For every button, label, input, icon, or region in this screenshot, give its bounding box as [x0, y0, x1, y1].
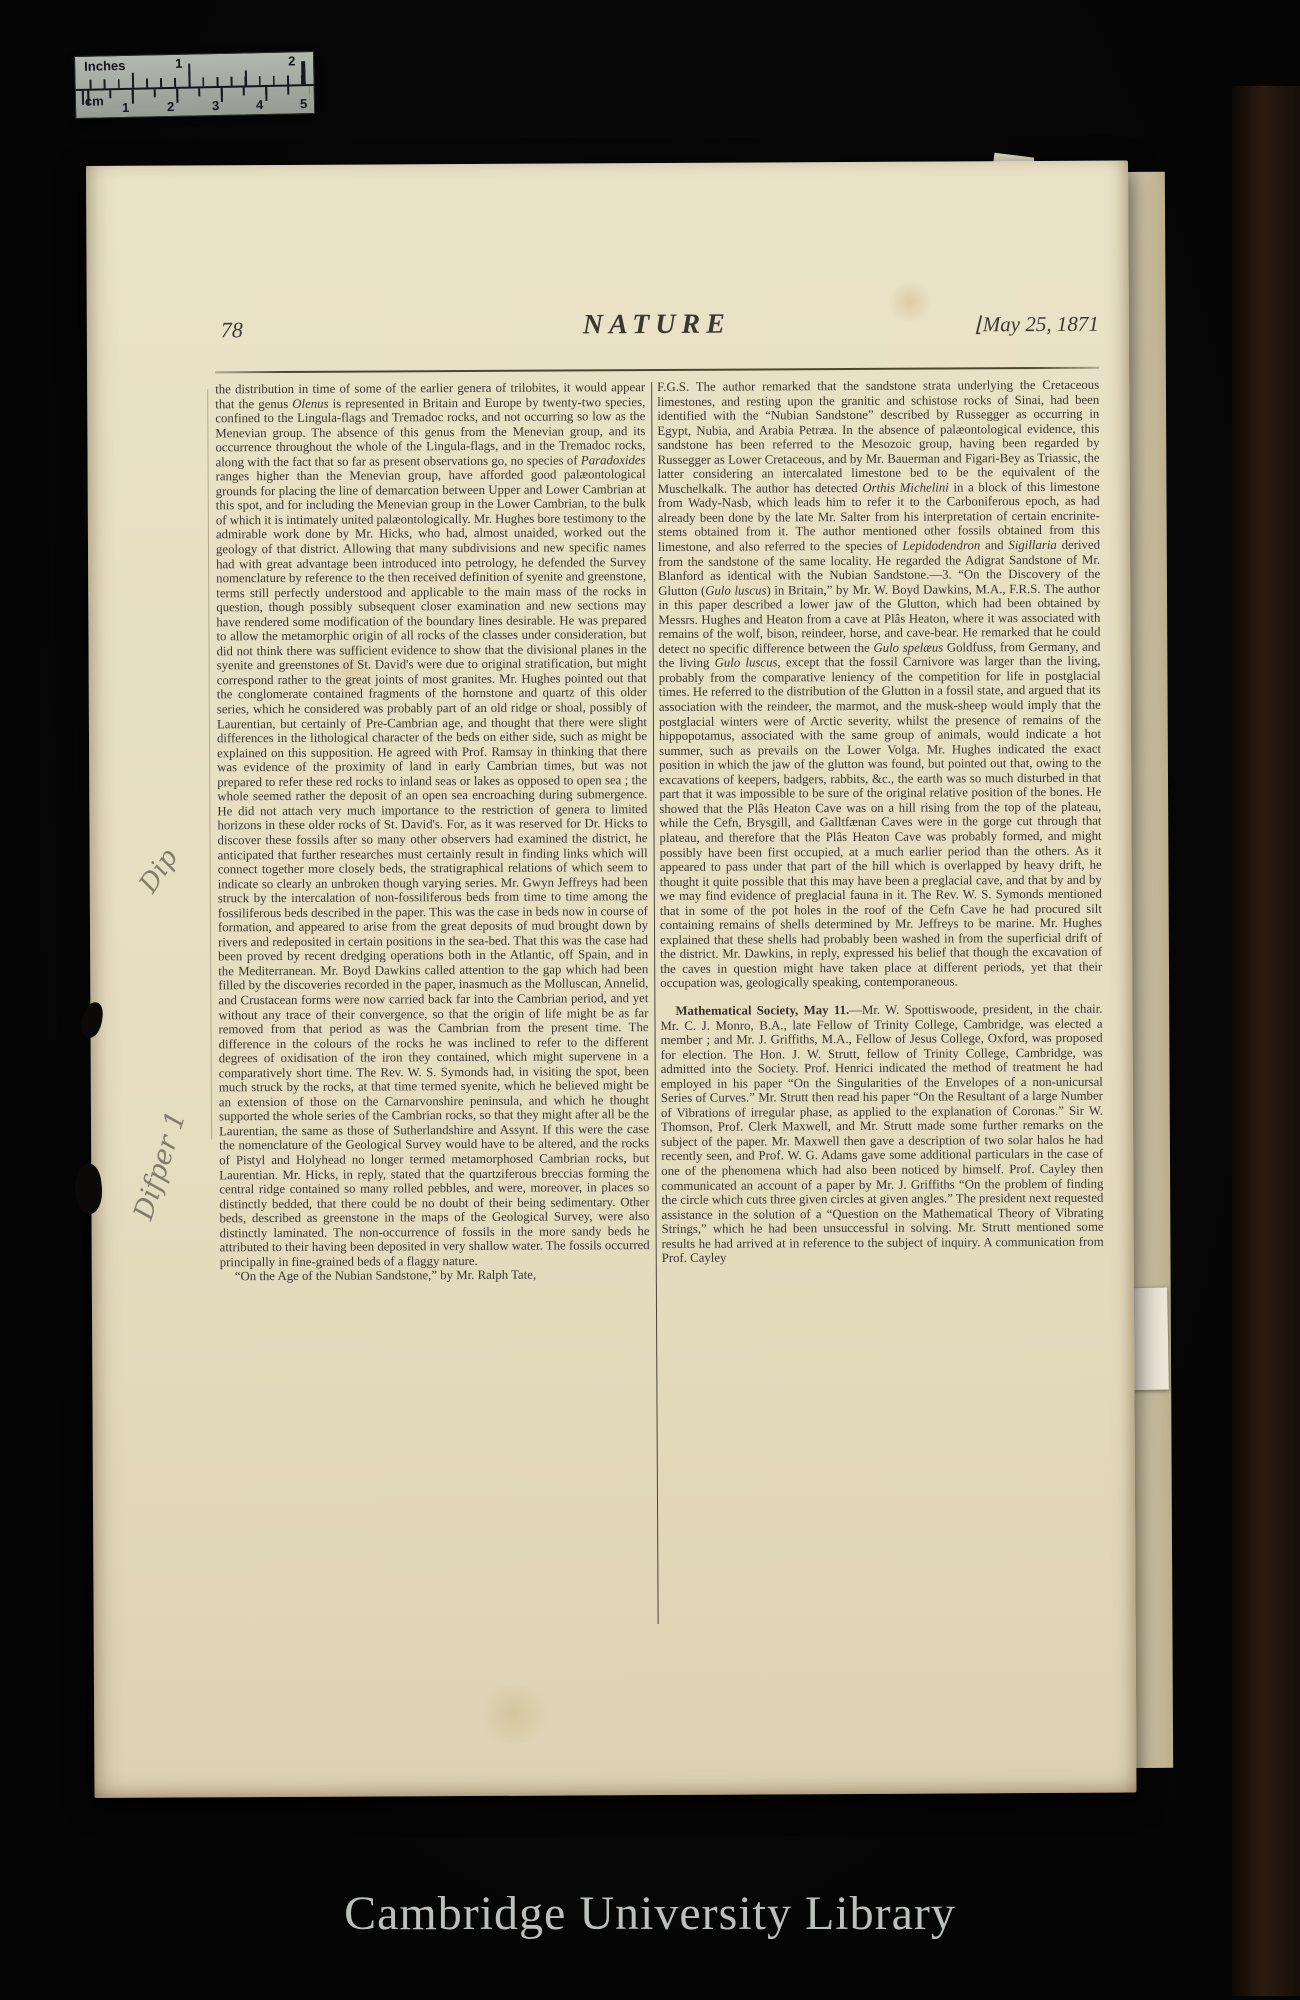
right-column: F.G.S. The author remarked that the sand… [657, 378, 1106, 1624]
library-watermark: Cambridge University Library [0, 1886, 1300, 1941]
paragraph: “On the Age of the Nubian Sandstone,” by… [220, 1267, 650, 1284]
ruler-cm-scale: cm 1 2 3 4 5 [76, 86, 315, 118]
header-rule [215, 367, 1099, 374]
paragraph: F.G.S. The author remarked that the sand… [657, 378, 1102, 991]
ruler-inch-major-ticks [81, 61, 309, 89]
page-header: 78 NATURE ⌊May 25, 1871 [215, 307, 1099, 346]
journal-page: 78 NATURE ⌊May 25, 1871 the distribution… [86, 161, 1137, 1798]
journal-title: NATURE [583, 309, 731, 342]
left-column: the distribution in time of some of the … [215, 380, 652, 1626]
measurement-ruler: Inches 1 2 cm 1 2 3 4 5 [75, 52, 314, 118]
text-columns: the distribution in time of some of the … [215, 378, 1106, 1627]
paragraph: the distribution in time of some of the … [215, 380, 650, 1270]
ruler-inches-scale: Inches 1 2 [75, 52, 314, 91]
photograph-stage: Inches 1 2 cm 1 2 3 4 5 78 NATURE [0, 0, 1300, 2000]
book-cover-edge [1232, 86, 1300, 1996]
paper-crease-line [207, 389, 212, 1139]
issue-date: ⌊May 25, 1871 [975, 312, 1099, 338]
paper-stain [474, 1684, 554, 1744]
page-number: 78 [221, 317, 243, 343]
paragraph: Mathematical Society, May 11.—Mr. W. Spo… [660, 1002, 1103, 1266]
